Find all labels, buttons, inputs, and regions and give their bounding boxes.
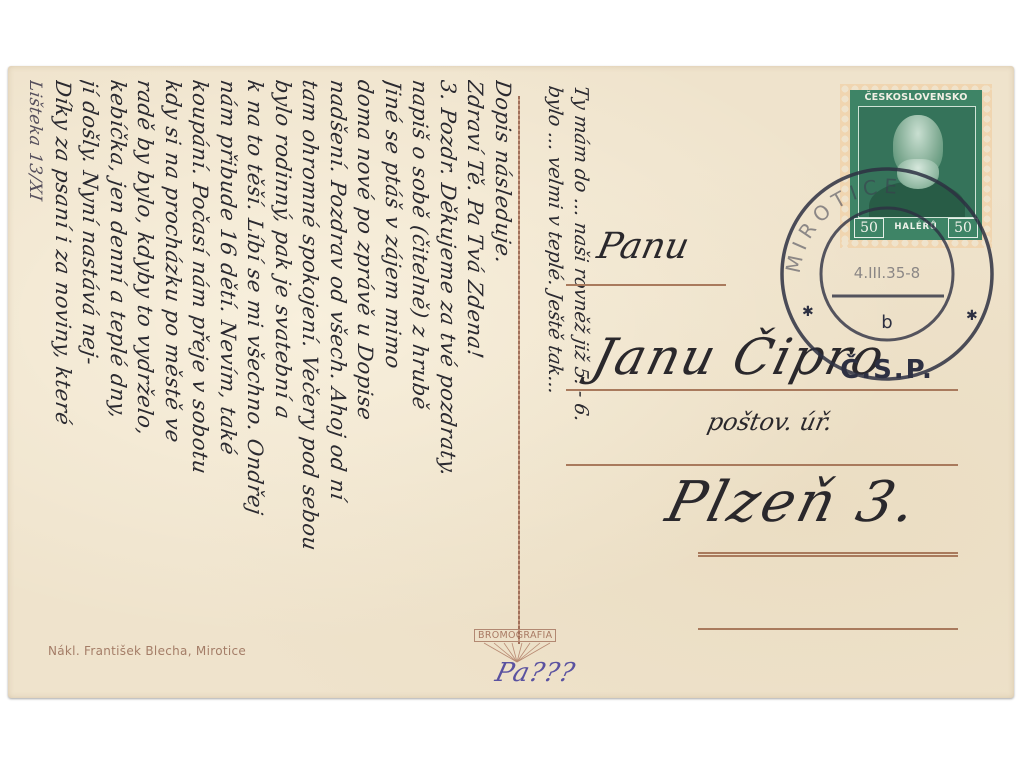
pencil-annotation: Pa??? — [492, 658, 578, 688]
address-line-1 — [566, 284, 726, 286]
message-line: 3. Pozdr. Děkujeme za tvé pozdraty. — [434, 80, 462, 680]
address-line-4 — [698, 552, 958, 557]
message-line: jí došly. Nyní nastává nej- — [76, 80, 104, 680]
bromografia-logo: BROMOGRAFIA — [474, 629, 556, 642]
message-line: k na to těší. Líbí se mi všechno. Ondřej — [241, 80, 269, 680]
address-recipient-title: poštov. úř. — [705, 408, 835, 436]
svg-text:4.III.35-8: 4.III.35-8 — [854, 264, 920, 282]
stamp-value-right: 50 — [948, 218, 978, 238]
message-line: kebíčka, jen denní a teplé dny, — [104, 80, 132, 680]
message-line: bylo rodinný, pak je svatební a — [269, 80, 297, 680]
stamp-value-left: 50 — [854, 218, 884, 238]
message-line: nadšení. Pozdrav od všech. Ahoj od ní — [324, 80, 352, 680]
stamp-unit: HALÉŘŮ — [886, 222, 946, 232]
address-recipient-name: Janu Čipro — [587, 328, 892, 386]
margin-note-line: bylo ... velmi v teplé. Ještě tak... — [542, 86, 568, 646]
message-line: tam ohromné spokojení. Večery pod sebou — [296, 80, 324, 680]
margin-note-line: Ty mám do ... naši rovněž již 5. - 6. — [568, 86, 594, 646]
message-line: kdy si na procházku po městě ve — [159, 80, 187, 680]
center-divider-line — [518, 96, 520, 644]
message-line: koupání. Počasí nám přeje v sobotu — [186, 80, 214, 680]
postage-stamp: ČESKOSLOVENSKO 50 HALÉŘŮ 50 — [850, 90, 982, 240]
message-line: nám přibude 16 dětí. Nevím, také — [214, 80, 242, 680]
stamp-country: ČESKOSLOVENSKO — [850, 92, 982, 103]
message-line: Jiné se ptáš v zájem mimo — [379, 80, 407, 680]
address-line-2 — [566, 389, 958, 391]
stamp-portrait — [858, 106, 976, 218]
address-line-5 — [698, 628, 958, 630]
publisher-imprint: Nákl. František Blecha, Mirotice — [48, 644, 246, 658]
svg-text:✱: ✱ — [966, 308, 978, 324]
message-date: Lišteka 13/XI — [21, 80, 49, 680]
address-salutation: Panu — [594, 226, 693, 267]
message-line: napiš o sobě (čitelně) z hrubě — [406, 80, 434, 680]
svg-text:✱: ✱ — [802, 304, 814, 320]
address-city: Plzeň 3. — [660, 470, 926, 535]
message-line: doma nové po zprávě u Dopise — [351, 80, 379, 680]
address-line-3 — [566, 464, 958, 466]
message-line: radě by bylo, kdyby to vydrželo, — [131, 80, 159, 680]
postcard: Dopis následuje.Zdraví Tě. Pa Tvá Zdena!… — [8, 66, 1014, 698]
message-line: Díky za psaní i za noviny, které — [49, 80, 77, 680]
handwritten-message: Dopis následuje.Zdraví Tě. Pa Tvá Zdena!… — [16, 80, 516, 680]
message-line: Dopis následuje. — [489, 80, 517, 680]
message-line: Zdraví Tě. Pa Tvá Zdena! — [461, 80, 489, 680]
margin-note: Ty mám do ... naši rovněž již 5. - 6.byl… — [524, 86, 594, 646]
